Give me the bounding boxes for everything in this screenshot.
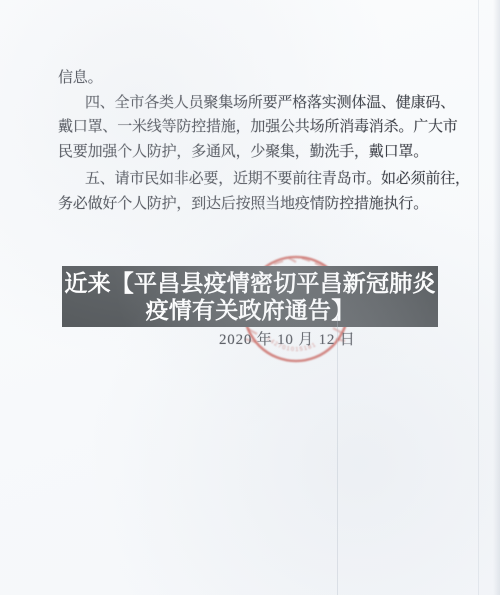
- notice-line: 戴口罩、一米线等防控措施，加强公共场所消毒消杀。广大市: [58, 115, 446, 140]
- notice-date: 2020 年 10 月 12 日: [219, 328, 356, 349]
- notice-line: 四、全市各类人员聚集场所要严格落实测体温、健康码、: [58, 91, 446, 116]
- caption-line-1: 近来【平昌县疫情密切平昌新冠肺炎: [64, 270, 435, 297]
- paper-crease-right: [478, 0, 479, 595]
- notice-line: 信息。: [58, 66, 446, 91]
- caption-banner: 近来【平昌县疫情密切平昌新冠肺炎 疫情有关政府通告】: [62, 266, 438, 327]
- notice-body: 信息。 四、全市各类人员聚集场所要严格落实测体温、健康码、 戴口罩、一米线等防控…: [58, 66, 446, 217]
- document-photo: 信息。 四、全市各类人员聚集场所要严格落实测体温、健康码、 戴口罩、一米线等防控…: [0, 0, 500, 595]
- notice-line: 务必做好个人防护，到达后按照当地疫情防控措施执行。: [58, 192, 446, 217]
- notice-line: 民要加强个人防护，多通风，少聚集，勤洗手，戴口罩。: [58, 140, 446, 165]
- paper-edge-shadow: [493, 0, 500, 595]
- caption-line-2: 疫情有关政府通告】: [146, 297, 355, 324]
- notice-line: 五、请市民如非必要，近期不要前往青岛市。如必须前往，: [58, 167, 446, 192]
